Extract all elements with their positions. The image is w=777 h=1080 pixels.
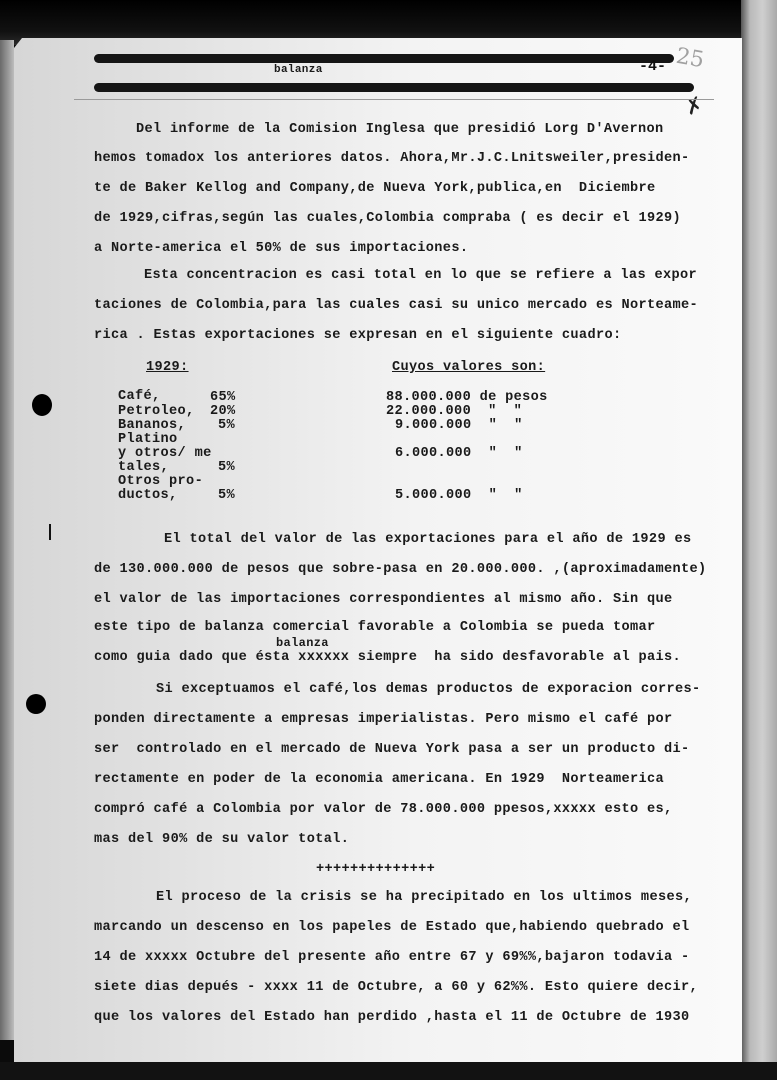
scan-right-edge bbox=[741, 0, 777, 1080]
table-value: 88.000.000 de pesos bbox=[386, 390, 548, 405]
p3-line-4: este tipo de balanza comercial favorable… bbox=[94, 620, 656, 635]
header-rule bbox=[74, 99, 714, 100]
struck-header-insert: balanza bbox=[274, 64, 323, 76]
p2-line-3: rica . Estas exportaciones se expresan e… bbox=[94, 328, 621, 343]
table-pct: 5% bbox=[218, 418, 235, 433]
struck-header-line-1 bbox=[94, 54, 674, 63]
table-product: Petroleo, bbox=[118, 404, 195, 419]
p3-line-5: como guia dado que ésta xxxxxx siempre h… bbox=[94, 650, 681, 665]
p2-line-2: taciones de Colombia,para las cuales cas… bbox=[94, 298, 698, 313]
scan-left-edge bbox=[0, 40, 14, 1040]
p1-line-1: Del informe de la Comision Inglesa que p… bbox=[136, 122, 663, 137]
p4-line-2: ponden directamente a empresas imperiali… bbox=[94, 712, 673, 727]
p1-line-4: de 1929,cifras,según las cuales,Colombia… bbox=[94, 211, 681, 226]
table-left-header: 1929: bbox=[146, 360, 189, 375]
scan-bottom-shadow bbox=[0, 1062, 777, 1080]
table-product: tales, bbox=[118, 460, 169, 475]
p5-line-2: marcando un descenso en los papeles de E… bbox=[94, 920, 690, 935]
page-number: -4- bbox=[639, 58, 666, 75]
p3-line-1: El total del valor de las exportaciones … bbox=[164, 532, 691, 547]
punch-hole-top bbox=[32, 394, 52, 416]
document-page: balanza -4- 25 ✗ Del informe de la Comis… bbox=[14, 38, 742, 1063]
p2-line-1: Esta concentracion es casi total en lo q… bbox=[144, 268, 697, 283]
p4-line-5: compró café a Colombia por valor de 78.0… bbox=[94, 802, 673, 817]
p5-line-1: El proceso de la crisis se ha precipitad… bbox=[156, 890, 692, 905]
table-product: Bananos, bbox=[118, 418, 186, 433]
p1-line-5: a Norte-america el 50% de sus importacio… bbox=[94, 241, 468, 256]
punch-hole-bottom bbox=[26, 694, 46, 714]
p3-line-2: de 130.000.000 de pesos que sobre-pasa e… bbox=[94, 562, 707, 577]
table-pct: 5% bbox=[218, 488, 235, 503]
margin-tick bbox=[49, 524, 51, 540]
table-value: 9.000.000 " " bbox=[395, 418, 523, 433]
struck-header-line-2 bbox=[94, 83, 694, 92]
p3-line-3: el valor de las importaciones correspond… bbox=[94, 592, 673, 607]
p4-line-3: ser controlado en el mercado de Nueva Yo… bbox=[94, 742, 690, 757]
p4-line-4: rectamente en poder de la economia ameri… bbox=[94, 772, 664, 787]
p5-line-4: siete dias depués - xxxx 11 de Octubre, … bbox=[94, 980, 698, 995]
p5-line-5: que los valores del Estado han perdido ,… bbox=[94, 1010, 690, 1025]
p4-line-1: Si exceptuamos el café,los demas product… bbox=[156, 682, 700, 697]
table-product: y otros/ me bbox=[118, 446, 212, 461]
table-pct: 65% bbox=[210, 390, 236, 405]
table-product: Platino bbox=[118, 432, 178, 447]
table-pct: 5% bbox=[218, 460, 235, 475]
table-value: 6.000.000 " " bbox=[395, 446, 523, 461]
section-separator: ++++++++++++++ bbox=[316, 862, 435, 877]
margin-pencil-note: 25 bbox=[674, 44, 706, 73]
p1-line-2: hemos tomadox los anteriores datos. Ahor… bbox=[94, 151, 690, 166]
margin-check-mark: ✗ bbox=[681, 88, 706, 122]
p5-line-3: 14 de xxxxx Octubre del presente año ent… bbox=[94, 950, 690, 965]
p3-insert: balanza bbox=[276, 636, 329, 650]
table-right-header: Cuyos valores son: bbox=[392, 360, 545, 375]
table-product: Café, bbox=[118, 390, 161, 404]
table-pct: 20% bbox=[210, 404, 236, 419]
table-product: Otros pro- bbox=[118, 474, 203, 489]
table-product: ductos, bbox=[118, 488, 178, 503]
p4-line-6: mas del 90% de su valor total. bbox=[94, 832, 349, 847]
table-value: 22.000.000 " " bbox=[386, 404, 522, 419]
p1-line-3: te de Baker Kellog and Company,de Nueva … bbox=[94, 181, 656, 196]
table-value: 5.000.000 " " bbox=[395, 488, 523, 503]
